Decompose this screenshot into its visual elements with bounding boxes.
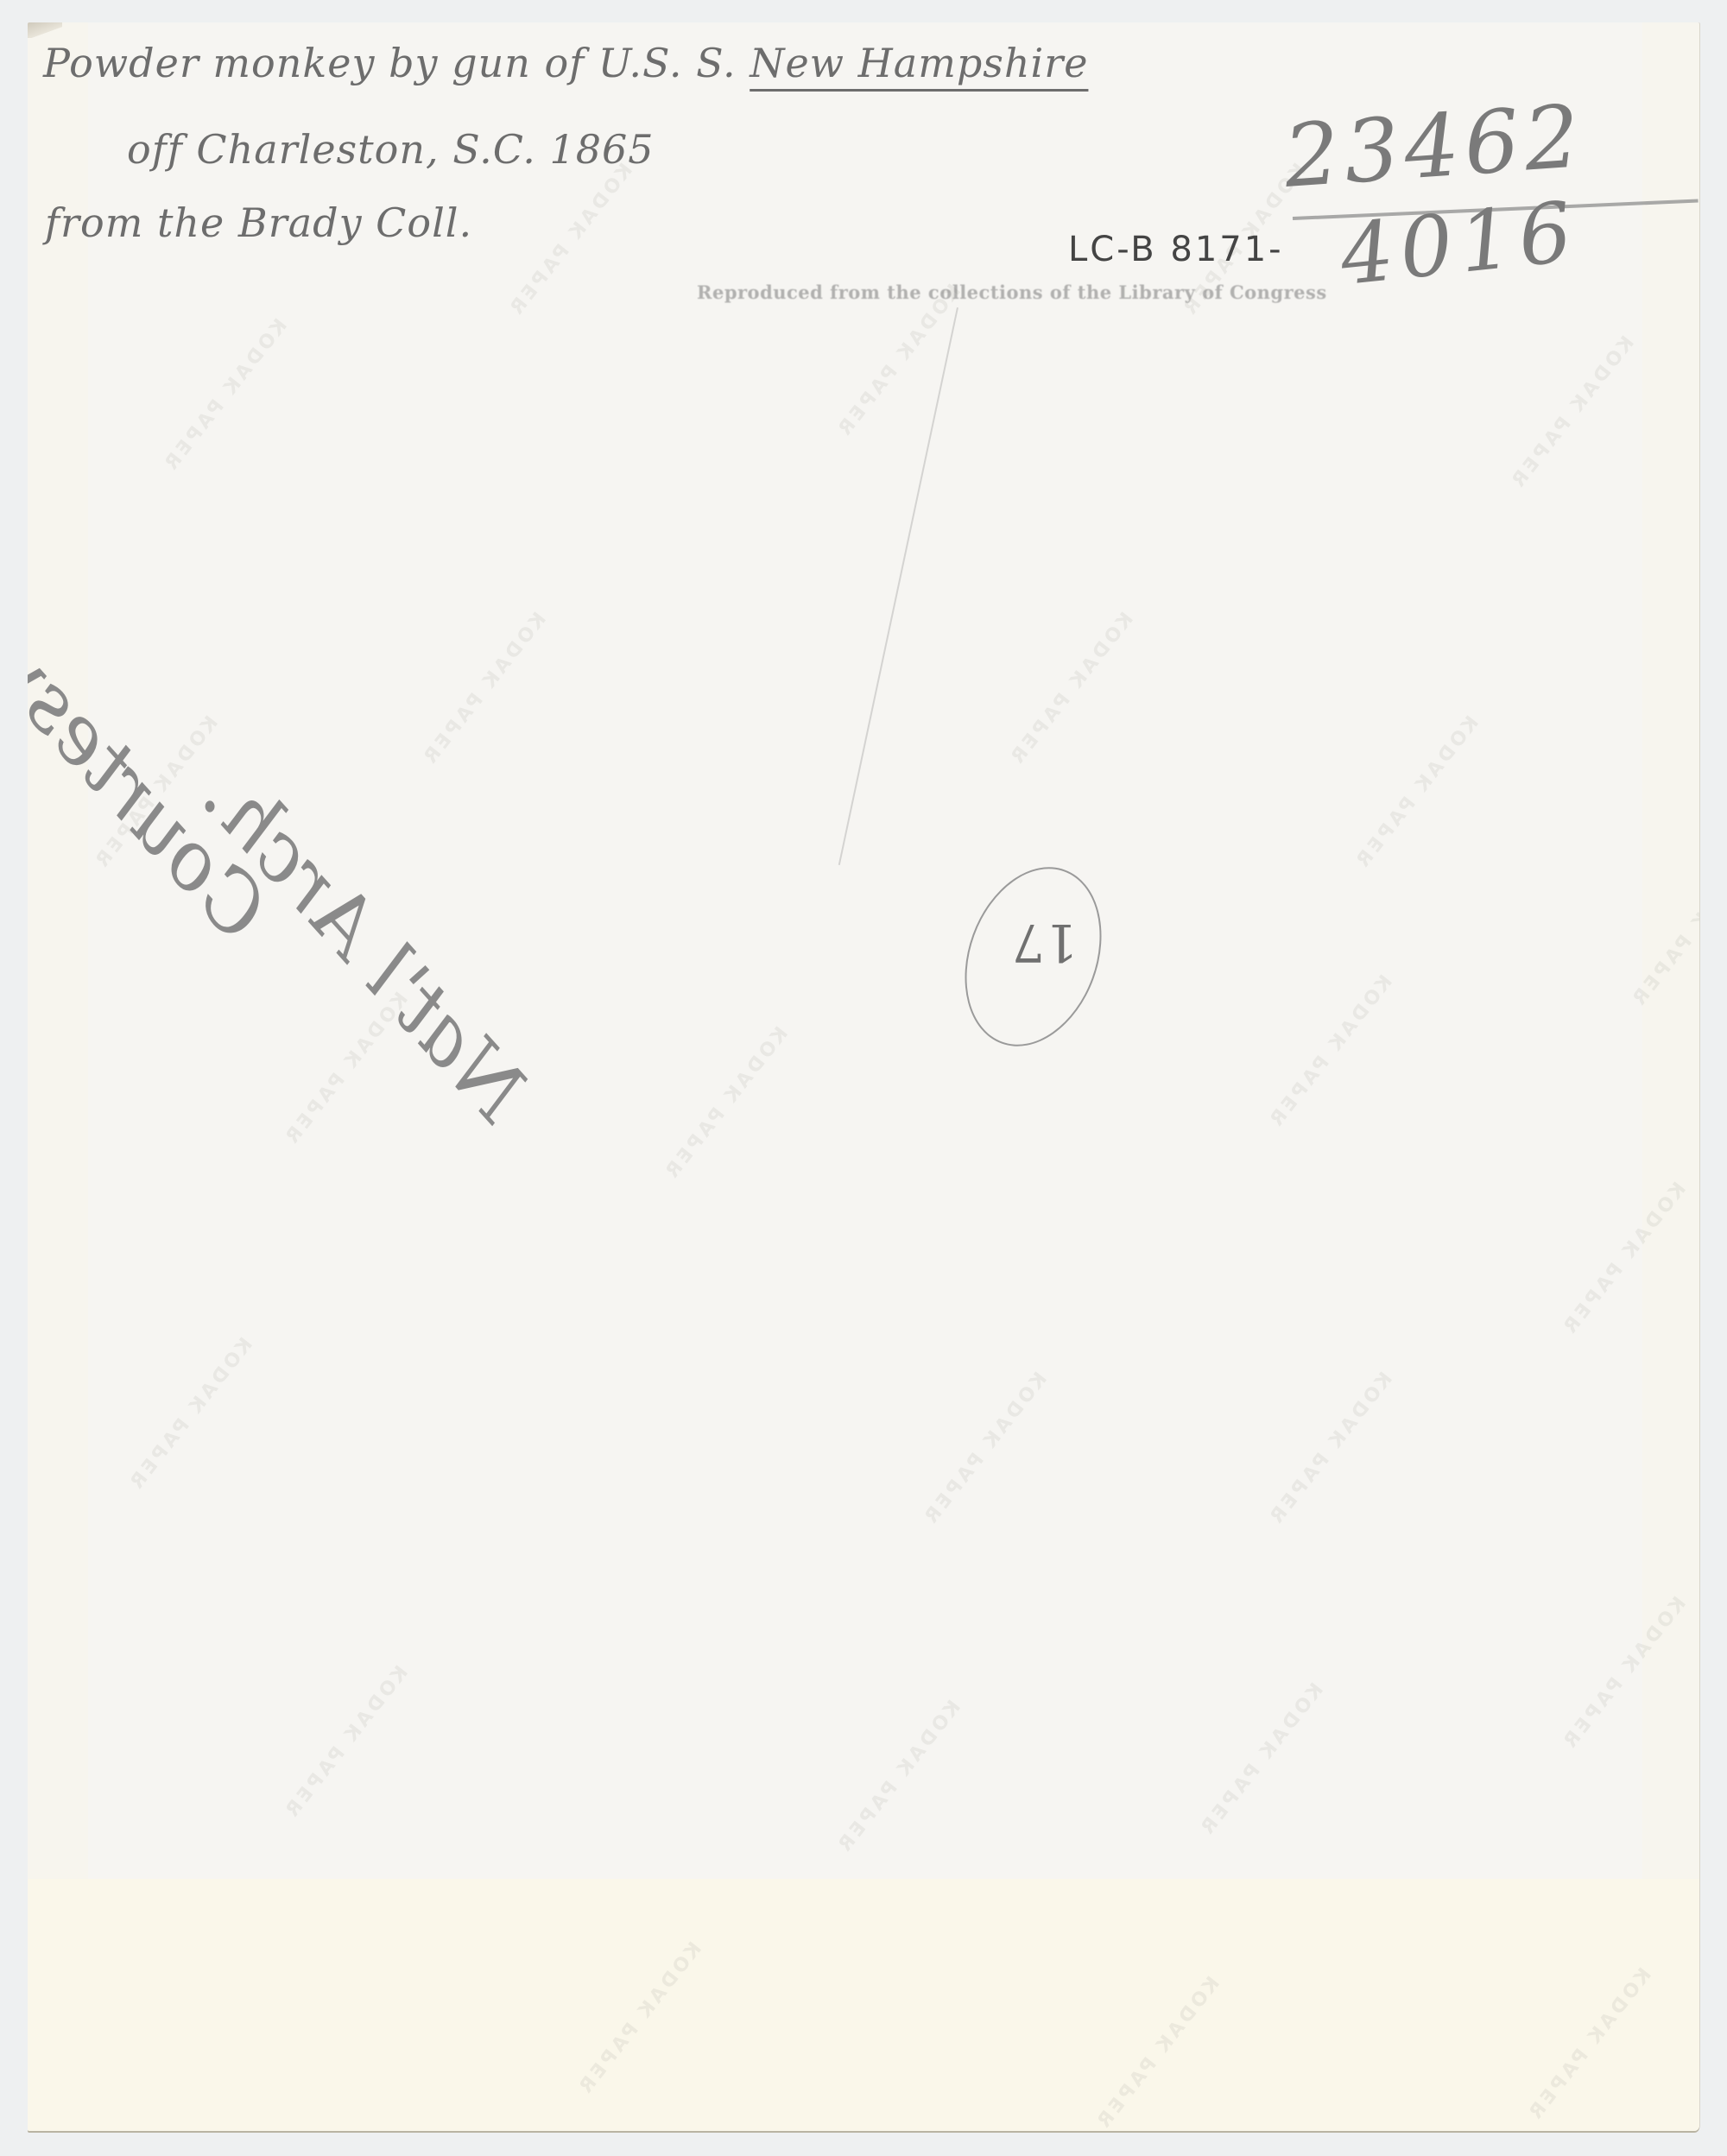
loc-reproduction-stamp: Reproduced from the collections of the L… bbox=[697, 281, 1327, 303]
circled-number: 17 bbox=[1012, 912, 1078, 972]
call-number-prefix: LC-B 8171- bbox=[1068, 230, 1284, 269]
caption-line-1-prefix: Powder monkey by gun of U.S. S. bbox=[43, 40, 737, 86]
ship-name: New Hampshire bbox=[750, 40, 1088, 86]
caption-line-2: off Charleston, S.C. 1865 bbox=[127, 126, 655, 173]
caption-line-1: Powder monkey by gun of U.S. S. New Hamp… bbox=[43, 40, 1088, 86]
paper-bottom-band bbox=[28, 1879, 1699, 2131]
photo-verso-paper: KODAK PAPER KODAK PAPER KODAK PAPER KODA… bbox=[28, 22, 1699, 2131]
corner-crease bbox=[28, 22, 62, 38]
caption-line-3: from the Brady Coll. bbox=[45, 199, 472, 246]
